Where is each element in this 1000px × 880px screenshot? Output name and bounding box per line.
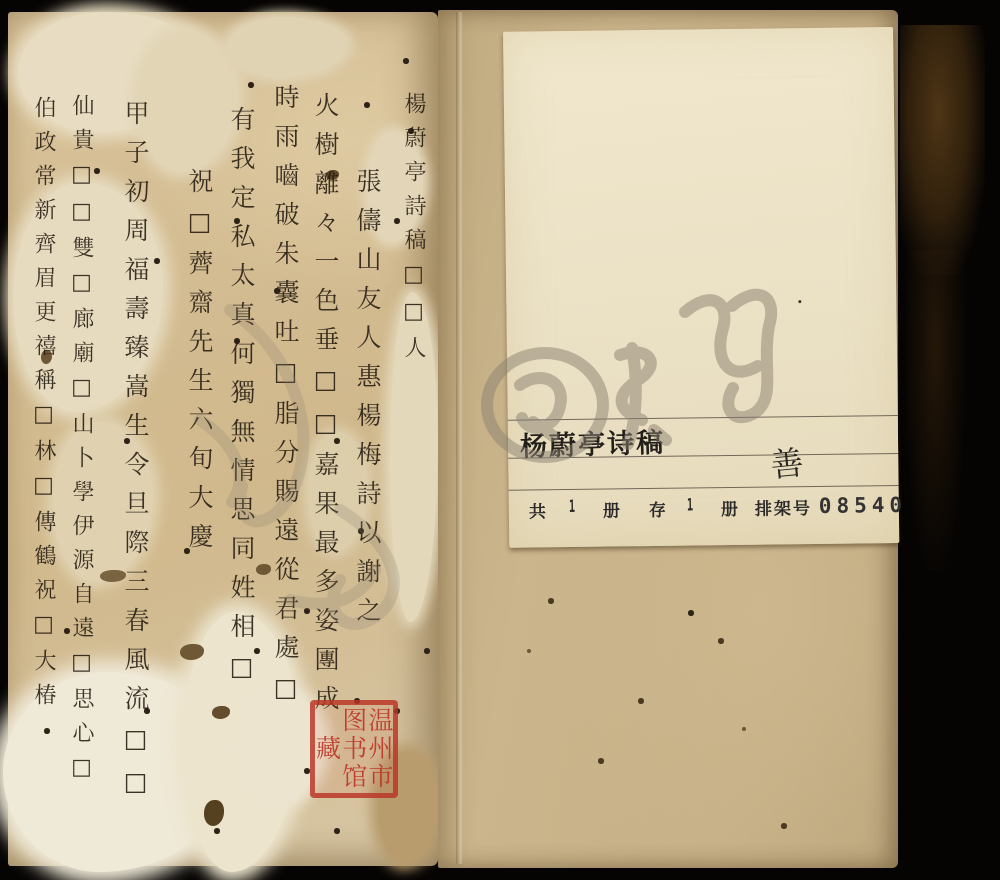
manuscript-column-9: 伯政常新齊眉更禧稱□林□傳鶴祝□大椿 — [18, 96, 54, 717]
label-total: 共 — [529, 497, 546, 522]
book-spread-scan: 楊蔚亭詩稿□□人 張儔山友人惠楊梅詩以謝之 火樹離々一色垂□□嘉果最多姿團成 時… — [0, 0, 1000, 880]
label-volume-2: 册 — [721, 495, 738, 520]
manuscript-column-8: 仙貴□□雙□廊廟□山卜學伊源自遠□思心□ — [56, 94, 92, 792]
worm-holes — [8, 12, 10, 14]
manuscript-page: 楊蔚亭詩稿□□人 張儔山友人惠楊梅詩以謝之 火樹離々一色垂□□嘉果最多姿團成 時… — [8, 12, 438, 866]
label-extant: 存 — [649, 496, 666, 521]
manuscript-column-4: 時雨嚙破朱囊吐□脂分賜遠從君處□ — [262, 84, 298, 716]
damage-patch — [228, 17, 348, 77]
label-total-value: 1 — [569, 497, 575, 517]
label-call-number: 08540 — [819, 493, 908, 518]
library-collection-seal: 温州市图书馆藏 — [310, 700, 398, 798]
label-form-row: 共 1 册 存 1 册 排架号 08540 — [529, 493, 893, 531]
label-speck — [798, 300, 801, 303]
cover-specks — [438, 10, 440, 12]
catalog-label-card: 杨蔚亭诗稿 善 共 1 册 存 1 册 排架号 08540 — [503, 27, 899, 548]
label-extant-value: 1 — [687, 495, 693, 515]
label-shelf-no: 排架号 — [755, 494, 812, 520]
manuscript-column-6: 祝□薺齋先生六旬大慶 — [176, 168, 212, 562]
background-stain — [900, 25, 985, 275]
manuscript-column-7: 甲子初周福壽臻嵩生令旦際三春風流□□ — [112, 100, 148, 810]
label-rule — [509, 485, 899, 491]
background-stain — [905, 250, 965, 570]
label-rule — [508, 415, 898, 421]
label-title: 杨蔚亭诗稿 — [520, 421, 666, 464]
manuscript-column-2: 張儔山友人惠楊梅詩以謝之 — [344, 168, 380, 636]
manuscript-column-3: 火樹離々一色垂□□嘉果最多姿團成 — [302, 92, 338, 724]
label-annotation: 善 — [768, 437, 806, 487]
label-volume-1: 册 — [603, 496, 620, 521]
manuscript-column-1: 楊蔚亭詩稿□□人 — [388, 92, 424, 370]
spine-crease — [456, 12, 463, 864]
manuscript-column-5: 有我定私太真何獨無情思同姓相□ — [218, 106, 254, 695]
